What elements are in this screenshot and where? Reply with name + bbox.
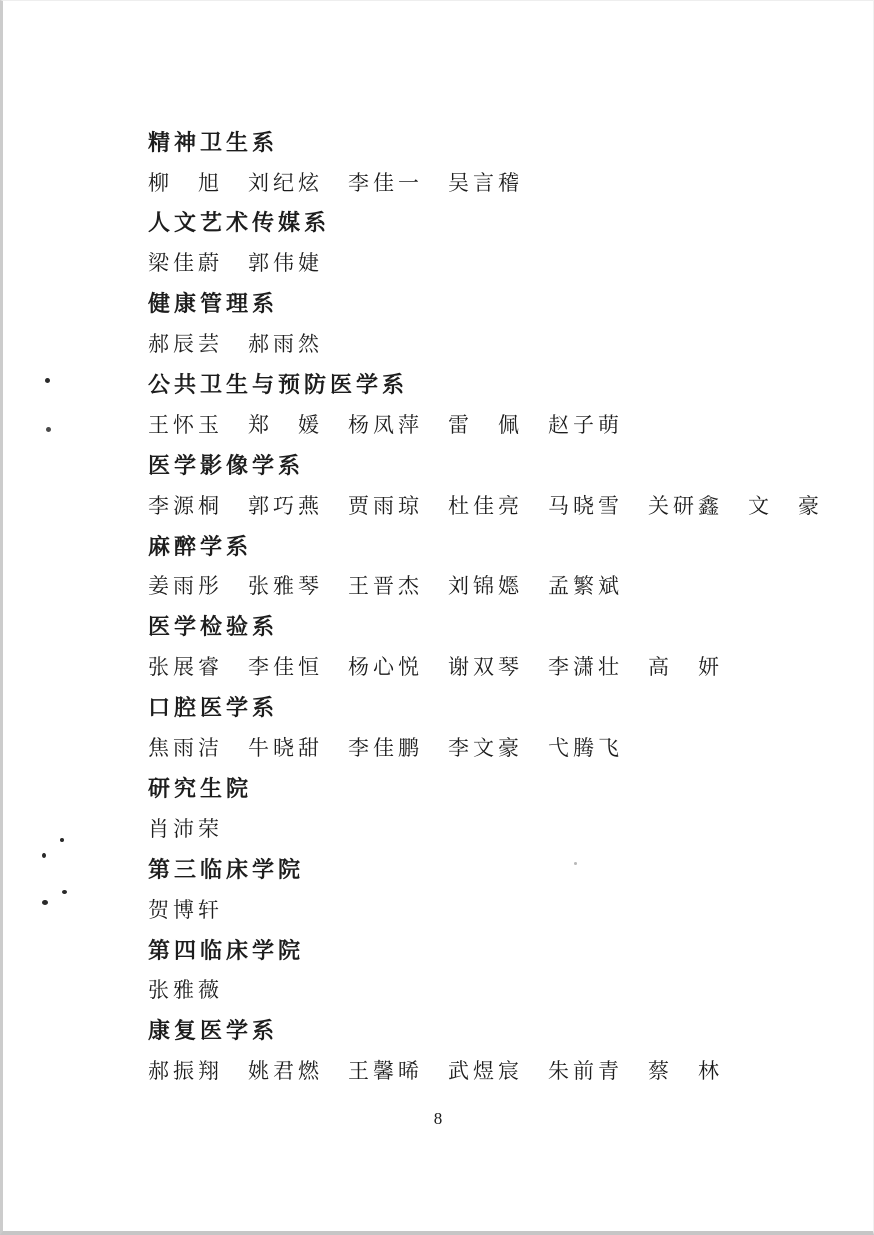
- department-heading: 麻醉学系: [148, 530, 252, 561]
- department-heading: 康复医学系: [148, 1014, 278, 1045]
- ink-speck: [45, 378, 50, 383]
- page-number: 8: [3, 1109, 873, 1129]
- names-line: 梁佳蔚 郭伟婕: [148, 247, 323, 277]
- scanned-document-page: 精神卫生系 柳 旭 刘纪炫 李佳一 吴言稽 人文艺术传媒系 梁佳蔚 郭伟婕 健康…: [0, 0, 874, 1235]
- department-section: 人文艺术传媒系 梁佳蔚 郭伟婕: [148, 202, 843, 283]
- department-heading: 口腔医学系: [148, 691, 278, 722]
- department-heading: 医学检验系: [148, 610, 278, 641]
- department-heading: 第三临床学院: [148, 853, 304, 884]
- names-line: 张雅薇: [148, 974, 223, 1004]
- department-section: 健康管理系 郝辰芸 郝雨然: [148, 283, 843, 364]
- department-heading: 研究生院: [148, 772, 252, 803]
- department-roster-list: 精神卫生系 柳 旭 刘纪炫 李佳一 吴言稽 人文艺术传媒系 梁佳蔚 郭伟婕 健康…: [148, 121, 843, 1090]
- ink-speck: [42, 853, 46, 858]
- names-line: 张展睿 李佳恒 杨心悦 谢双琴 李潇壮 高 妍: [148, 651, 723, 681]
- department-section: 研究生院 肖沛荣: [148, 767, 843, 848]
- department-heading: 第四临床学院: [148, 934, 304, 965]
- department-section: 口腔医学系 焦雨洁 牛晓甜 李佳鹏 李文豪 弋腾飞: [148, 686, 843, 767]
- names-line: 王怀玉 郑 媛 杨凤萍 雷 佩 赵子萌: [148, 409, 623, 439]
- names-line: 李源桐 郭巧燕 贾雨琼 杜佳亮 马晓雪 关研鑫 文 豪: [148, 490, 823, 520]
- ink-speck: [42, 900, 48, 905]
- names-line: 肖沛荣: [148, 813, 223, 843]
- department-heading: 精神卫生系: [148, 126, 278, 157]
- department-section: 公共卫生与预防医学系 王怀玉 郑 媛 杨凤萍 雷 佩 赵子萌: [148, 363, 843, 444]
- ink-speck: [46, 427, 51, 432]
- department-heading: 医学影像学系: [148, 449, 304, 480]
- names-line: 郝振翔 姚君燃 王馨晞 武煜宸 朱前青 蔡 林: [148, 1055, 723, 1085]
- department-heading: 人文艺术传媒系: [148, 206, 330, 237]
- names-line: 柳 旭 刘纪炫 李佳一 吴言稽: [148, 167, 523, 197]
- names-line: 郝辰芸 郝雨然: [148, 328, 323, 358]
- department-section: 麻醉学系 姜雨彤 张雅琴 王晋杰 刘锦嫕 孟繁斌: [148, 525, 843, 606]
- department-section: 第四临床学院 张雅薇: [148, 929, 843, 1010]
- names-line: 焦雨洁 牛晓甜 李佳鹏 李文豪 弋腾飞: [148, 732, 623, 762]
- department-section: 精神卫生系 柳 旭 刘纪炫 李佳一 吴言稽: [148, 121, 843, 202]
- department-section: 医学影像学系 李源桐 郭巧燕 贾雨琼 杜佳亮 马晓雪 关研鑫 文 豪: [148, 444, 843, 525]
- department-section: 康复医学系 郝振翔 姚君燃 王馨晞 武煜宸 朱前青 蔡 林: [148, 1010, 843, 1091]
- department-section: 医学检验系 张展睿 李佳恒 杨心悦 谢双琴 李潇壮 高 妍: [148, 606, 843, 687]
- department-section: 第三临床学院 贺博轩: [148, 848, 843, 929]
- ink-speck: [62, 890, 67, 894]
- ink-speck: [574, 862, 577, 865]
- names-line: 贺博轩: [148, 894, 223, 924]
- names-line: 姜雨彤 张雅琴 王晋杰 刘锦嫕 孟繁斌: [148, 570, 623, 600]
- department-heading: 健康管理系: [148, 287, 278, 318]
- department-heading: 公共卫生与预防医学系: [148, 368, 408, 399]
- ink-speck: [60, 838, 64, 842]
